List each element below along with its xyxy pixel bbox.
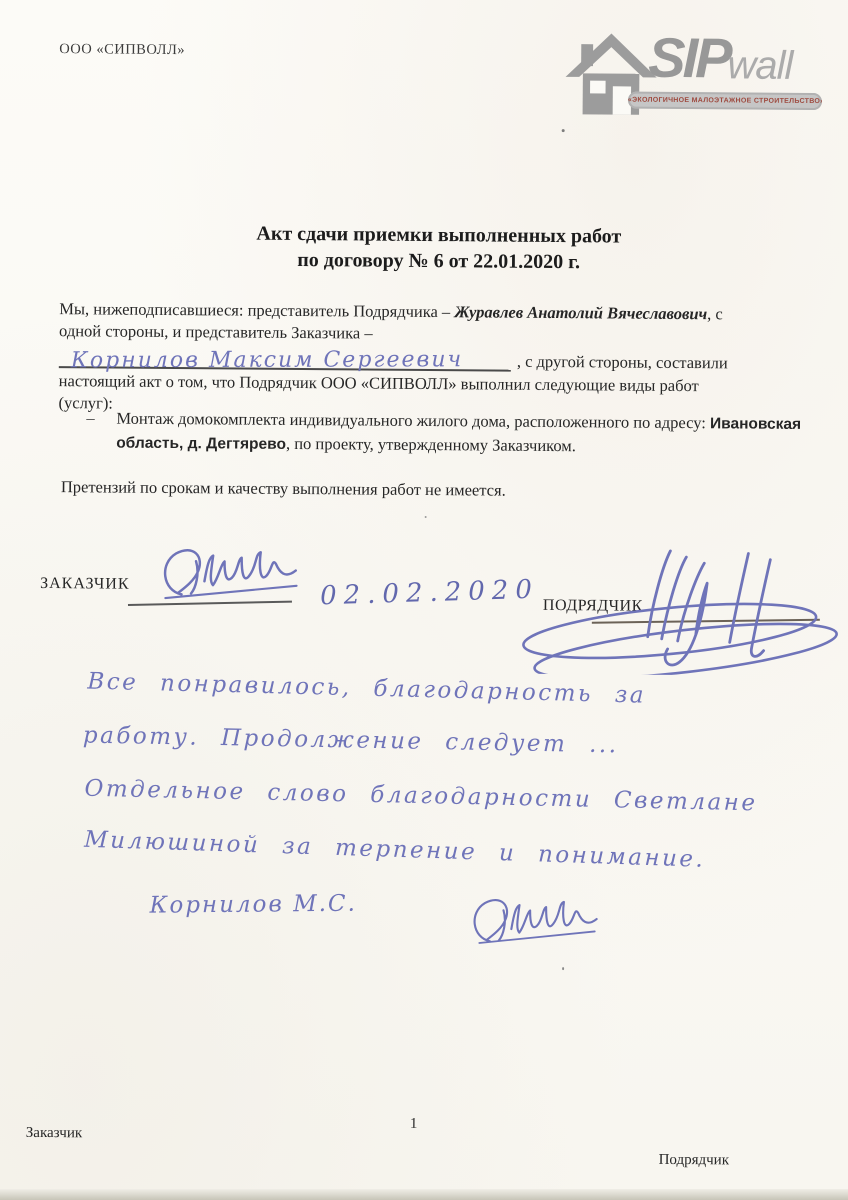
scan-speck <box>562 967 564 970</box>
work-seg1: Монтаж домокомплекта индивидуального жил… <box>116 409 710 433</box>
brand-wordmark: SIPwall <box>648 28 793 89</box>
contractor-representative-name: Журавлев Анатолий Вячеславович <box>454 302 707 323</box>
document-title-line2: по договору № 6 от 22.01.2020 г. <box>15 245 848 278</box>
handwritten-date: 02.02.2020 <box>320 575 540 612</box>
document-content: ООО «СИПВОЛЛ» SIPwall «ЭКОЛОГИЧНОЕ МАЛОЭ… <box>0 0 848 1200</box>
intro-line4: настоящий акт о том, что Подрядчик ООО «… <box>59 370 699 396</box>
footer-contractor-label: Подрядчик <box>659 1152 730 1170</box>
intro-seg1: Мы, нижеподписавшиеся: представитель Под… <box>59 299 454 321</box>
document-title: Акт сдачи приемки выполненных работ по д… <box>15 219 848 278</box>
brand-sip-text: SIP <box>648 28 730 89</box>
handwritten-note-line4: Милюшиной за терпение и понимание. <box>84 827 706 873</box>
customer-name-blank-line: Корнилов Максим Сергеевич , с другой сто… <box>59 338 728 373</box>
customer-name-handwritten: Корнилов Максим Сергеевич <box>71 347 463 373</box>
work-item-text: Монтаж домокомплекта индивидуального жил… <box>116 407 808 460</box>
intro-seg2: , с <box>707 304 723 323</box>
scanned-document-page: ООО «СИПВОЛЛ» SIPwall «ЭКОЛОГИЧНОЕ МАЛОЭ… <box>0 0 848 1200</box>
handwritten-signer-name: Корнилов М.С. <box>149 891 357 919</box>
footer-customer-label: Заказчик <box>26 1125 83 1142</box>
work-item: – Монтаж домокомплекта индивидуального ж… <box>86 406 808 460</box>
company-logo: SIPwall «ЭКОЛОГИЧНОЕ МАЛОЭТАЖНОЕ СТРОИТЕ… <box>564 27 827 121</box>
after-blank-text: , с другой стороны, составили <box>511 352 728 374</box>
handwritten-note-line2: работу. Продолжение следует ... <box>83 723 619 759</box>
bullet-dash: – <box>86 406 116 454</box>
no-claims-statement: Претензий по срокам и качеству выполнени… <box>61 477 506 500</box>
scan-edge-shadow <box>0 1189 848 1200</box>
handwritten-note-line1: Все понравилось, благодарность за <box>87 668 646 708</box>
customer-signature <box>153 534 306 609</box>
handwritten-note-line3: Отдельное слово благодарности Светлане <box>84 776 757 817</box>
scan-speck <box>425 516 427 518</box>
fill-in-blank: Корнилов Максим Сергеевич <box>59 336 511 372</box>
customer-signature-label: ЗАКАЗЧИК <box>40 575 130 594</box>
brand-wall-text: wall <box>727 42 792 89</box>
contractor-signature <box>509 544 840 677</box>
signer-signature <box>463 884 606 955</box>
footer-page-number: 1 <box>410 1116 418 1133</box>
brand-tagline-badge: «ЭКОЛОГИЧНОЕ МАЛОЭТАЖНОЕ СТРОИТЕЛЬСТВО» <box>628 92 822 111</box>
scan-speck <box>562 129 565 132</box>
work-seg2: , по проекту, утвержденному Заказчиком. <box>286 434 576 455</box>
company-name-header: ООО «СИПВОЛЛ» <box>59 41 185 59</box>
